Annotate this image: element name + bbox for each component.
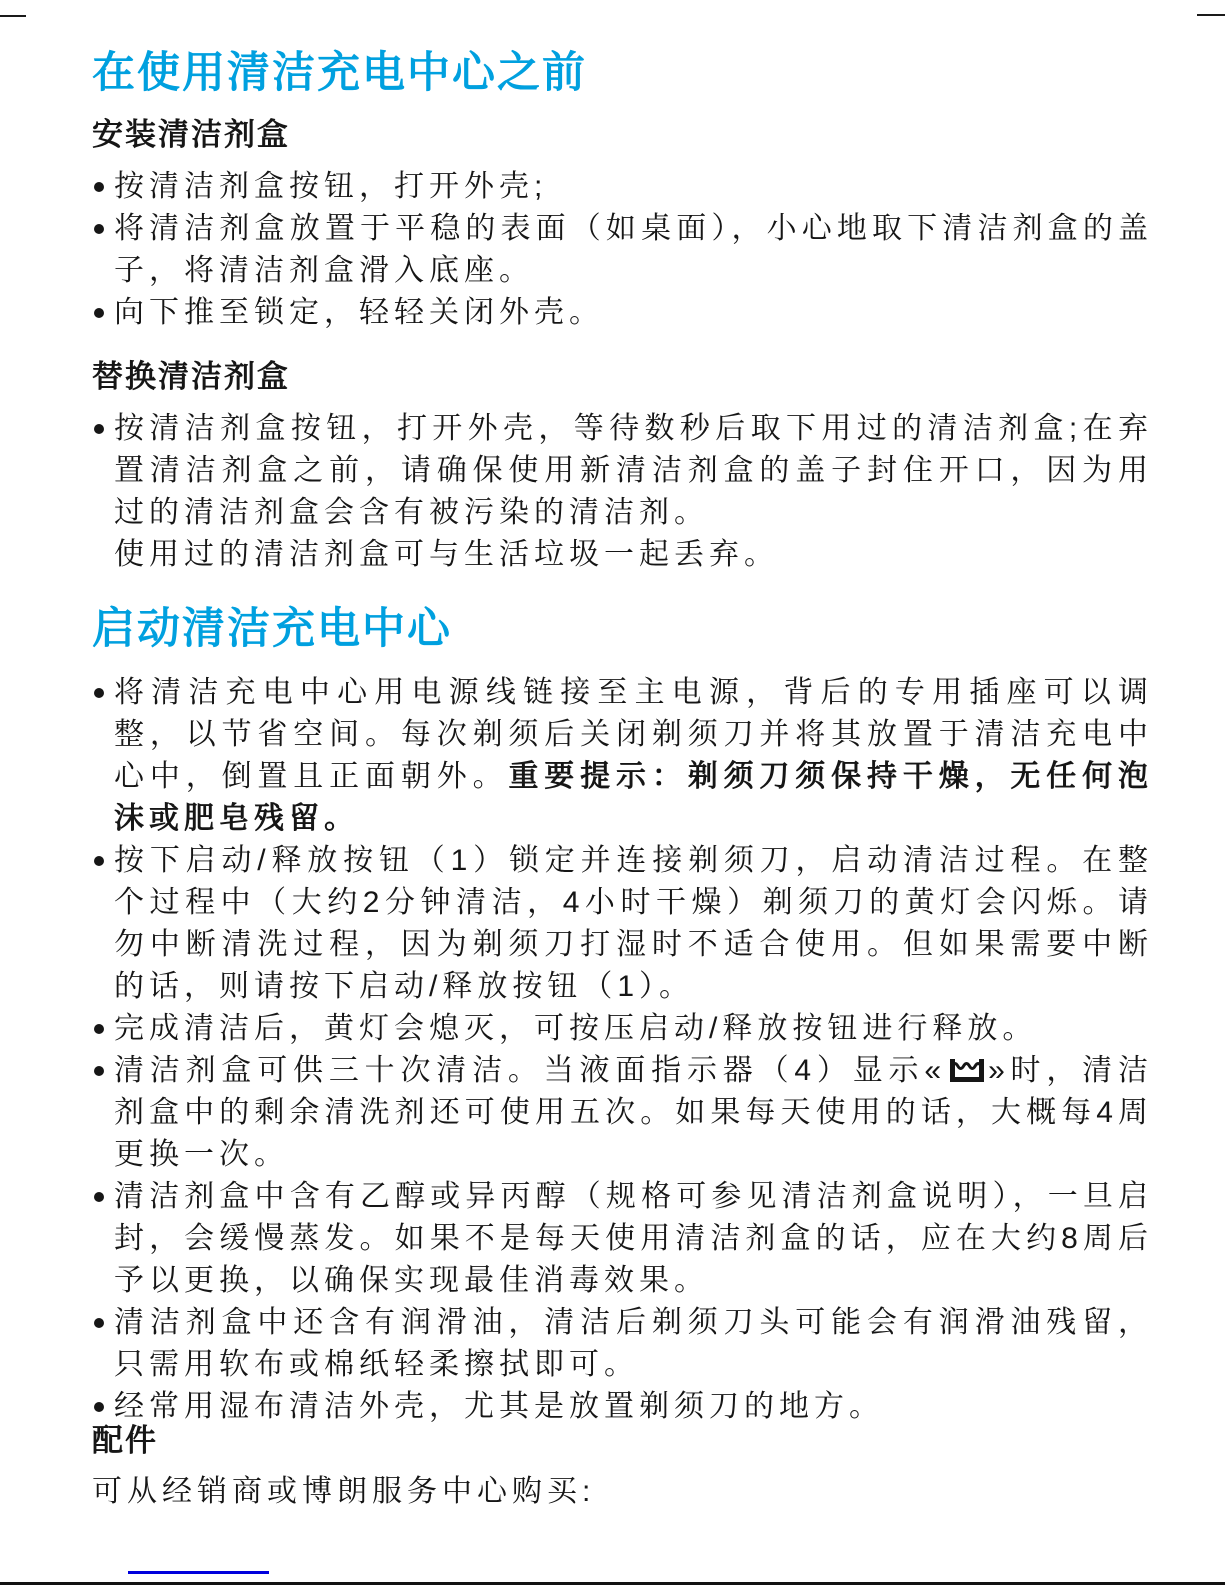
bullet-text: 清洁剂盒中含有乙醇或异丙醇（规格可参见清洁剂盒说明），一旦启封，会缓慢蒸发。如果… [114,1180,1153,1297]
bullet-item: 将清洁剂盒放置于平稳的表面（如桌面），小心地取下清洁剂盒的盖子，将清洁剂盒滑入底… [92,208,1153,292]
bullet-text: 按清洁剂盒按钮，打开外壳; [114,170,547,203]
bullet-text: 按下启动/释放按钮（1）锁定并连接剃须刀，启动清洁过程。在整个过程中（大约2分钟… [114,844,1153,1003]
bullet-item: 向下推至锁定，轻轻关闭外壳。 [92,292,1153,334]
bullet-item: 按清洁剂盒按钮，打开外壳; [92,166,1153,208]
bullet-text: 清洁剂盒中还含有润滑油，清洁后剃须刀头可能会有润滑油残留，只需用软布或棉纸轻柔擦… [114,1306,1153,1381]
bullet-item: 将清洁充电中心用电源线链接至主电源，背后的专用插座可以调整，以节省空间。每次剃须… [92,672,1153,840]
bullet-item: 清洁剂盒中含有乙醇或异丙醇（规格可参见清洁剂盒说明），一旦启封，会缓慢蒸发。如果… [92,1176,1153,1302]
bullet-item: 清洁剂盒可供三十次清洁。当液面指示器（4）显示«»时，清洁剂盒中的剩余清洗剂还可… [92,1050,1153,1176]
manual-page: { "colors": { "accent": "#00a0df", "text… [0,0,1225,1585]
bullet-item: 清洁剂盒中还含有润滑油，清洁后剃须刀头可能会有润滑油残留，只需用软布或棉纸轻柔擦… [92,1302,1153,1386]
accessories-section: 配件 可从经销商或博朗服务中心购买: [92,1422,1153,1513]
subheading-install-cartridge: 安装清洁剂盒 [92,116,1153,153]
section-title-before-use: 在使用清洁充电中心之前 [92,50,1153,96]
accessories-text: 可从经销商或博朗服务中心购买: [92,1471,1153,1513]
bullet-text: 将清洁剂盒放置于平稳的表面（如桌面），小心地取下清洁剂盒的盖子，将清洁剂盒滑入底… [114,212,1153,287]
section-title-start-center: 启动清洁充电中心 [92,606,1153,652]
footer-link-line [128,1571,269,1574]
bullet-text: 完成清洁后，黄灯会熄灭，可按压启动/释放按钮进行释放。 [114,1012,1037,1045]
install-cartridge-bullet-list: 按清洁剂盒按钮，打开外壳; 将清洁剂盒放置于平稳的表面（如桌面），小心地取下清洁… [92,166,1153,334]
bullet-item: 完成清洁后，黄灯会熄灭，可按压启动/释放按钮进行释放。 [92,1008,1153,1050]
bullet-text: 向下推至锁定，轻轻关闭外壳。 [114,296,604,329]
bullet-item: 按下启动/释放按钮（1）锁定并连接剃须刀，启动清洁过程。在整个过程中（大约2分钟… [92,840,1153,1008]
bullet-text: 按清洁剂盒按钮，打开外壳，等待数秒后取下用过的清洁剂盒;在弃置清洁剂盒之前，请确… [114,412,1153,529]
replace-cartridge-bullet-list: 按清洁剂盒按钮，打开外壳，等待数秒后取下用过的清洁剂盒;在弃置清洁剂盒之前，请确… [92,408,1153,576]
bullet-text: 经常用湿布清洁外壳，尤其是放置剃须刀的地方。 [114,1390,884,1423]
liquid-level-low-icon [948,1054,986,1084]
start-center-bullet-list: 将清洁充电中心用电源线链接至主电源，背后的专用插座可以调整，以节省空间。每次剃须… [92,672,1153,1428]
page-content: 在使用清洁充电中心之前 安装清洁剂盒 按清洁剂盒按钮，打开外壳; 将清洁剂盒放置… [0,0,1225,1428]
accessories-heading: 配件 [92,1422,1153,1459]
bullet-text-line2: 使用过的清洁剂盒可与生活垃圾一起丢弃。 [114,534,1153,576]
bullet-item: 按清洁剂盒按钮，打开外壳，等待数秒后取下用过的清洁剂盒;在弃置清洁剂盒之前，请确… [92,408,1153,576]
subheading-replace-cartridge: 替换清洁剂盒 [92,358,1153,395]
bullet-text: 清洁剂盒可供三十次清洁。当液面指示器（4）显示« [114,1054,946,1087]
